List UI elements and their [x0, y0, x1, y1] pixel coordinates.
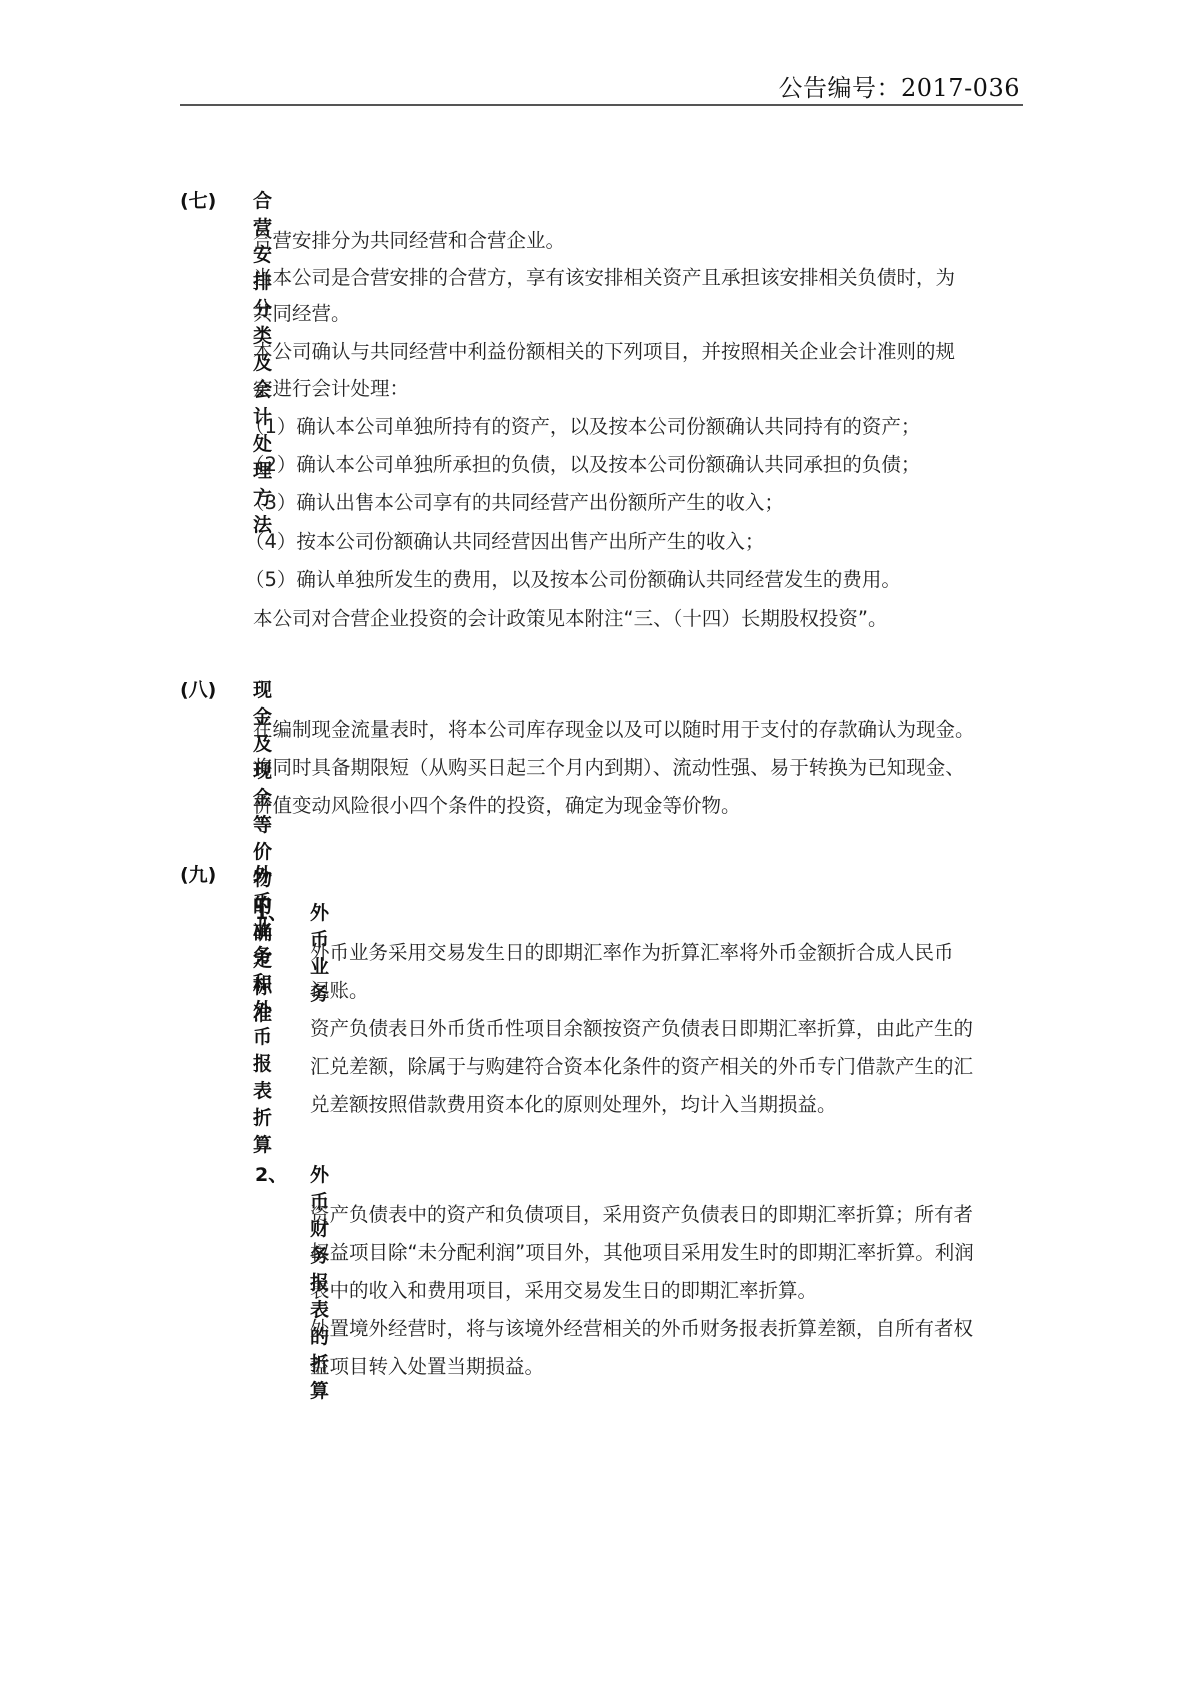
paragraph-line: 益项目转入处置当期损益。 — [310, 1351, 544, 1379]
section-number: (九) — [180, 860, 216, 887]
paragraph-line: 兑差额按照借款费用资本化的原则处理外，均计入当期损益。 — [310, 1089, 837, 1117]
paragraph-line: 记账。 — [310, 975, 369, 1003]
header-divider — [180, 104, 1023, 106]
paragraph-line: 资产负债表日外币货币性项目余额按资产负债表日即期汇率折算，由此产生的 — [310, 1013, 973, 1041]
list-item: （1）确认本公司单独所持有的资产，以及按本公司份额确认共同持有的资产； — [245, 411, 920, 439]
paragraph-line: 价值变动风险很小四个条件的投资，确定为现金等价物。 — [253, 790, 741, 818]
list-item: （3）确认出售本公司享有的共同经营产出份额所产生的收入； — [245, 487, 784, 515]
paragraph-line: 本公司确认与共同经营中利益份额相关的下列项目，并按照相关企业会计准则的规 — [253, 336, 955, 364]
paragraph-line: 外币业务采用交易发生日的即期汇率作为折算汇率将外币金额折合成人民币 — [310, 937, 954, 965]
paragraph-line: 权益项目除“未分配利润”项目外，其他项目采用发生时的即期汇率折算。利润 — [310, 1237, 974, 1265]
subsection-number: 1、 — [255, 898, 287, 925]
paragraph-line: 将同时具备期限短（从购买日起三个月内到期）、流动性强、易于转换为已知现金、 — [253, 752, 965, 780]
paragraph-line: 当本公司是合营安排的合营方，享有该安排相关资产且承担该安排相关负债时，为 — [253, 262, 955, 290]
section-number: (八) — [180, 675, 216, 702]
paragraph-line: 汇兑差额，除属于与购建符合资本化条件的资产相关的外币专门借款产生的汇 — [310, 1051, 973, 1079]
paragraph-line: 处置境外经营时，将与该境外经营相关的外币财务报表折算差额，自所有者权 — [310, 1313, 973, 1341]
list-item: （4）按本公司份额确认共同经营因出售产出所产生的收入； — [245, 526, 764, 554]
paragraph-line: 合营安排分为共同经营和合营企业。 — [253, 225, 565, 253]
subsection-number: 2、 — [255, 1160, 287, 1187]
paragraph-line: 本公司对合营企业投资的会计政策见本附注“三、（十四）长期股权投资”。 — [253, 603, 887, 631]
list-item: （2）确认本公司单独所承担的负债，以及按本公司份额确认共同承担的负债； — [245, 449, 920, 477]
paragraph-line: 在编制现金流量表时，将本公司库存现金以及可以随时用于支付的存款确认为现金。 — [253, 714, 975, 742]
announcement-number: 公告编号：2017-036 — [779, 68, 1021, 103]
list-item: （5）确认单独所发生的费用，以及按本公司份额确认共同经营发生的费用。 — [245, 564, 901, 592]
paragraph-line: 定进行会计处理： — [253, 373, 409, 401]
paragraph-line: 表中的收入和费用项目，采用交易发生日的即期汇率折算。 — [310, 1275, 817, 1303]
paragraph-line: 资产负债表中的资产和负债项目，采用资产负债表日的即期汇率折算；所有者 — [310, 1199, 973, 1227]
paragraph-line: 共同经营。 — [253, 298, 351, 326]
section-number: (七) — [180, 186, 216, 213]
